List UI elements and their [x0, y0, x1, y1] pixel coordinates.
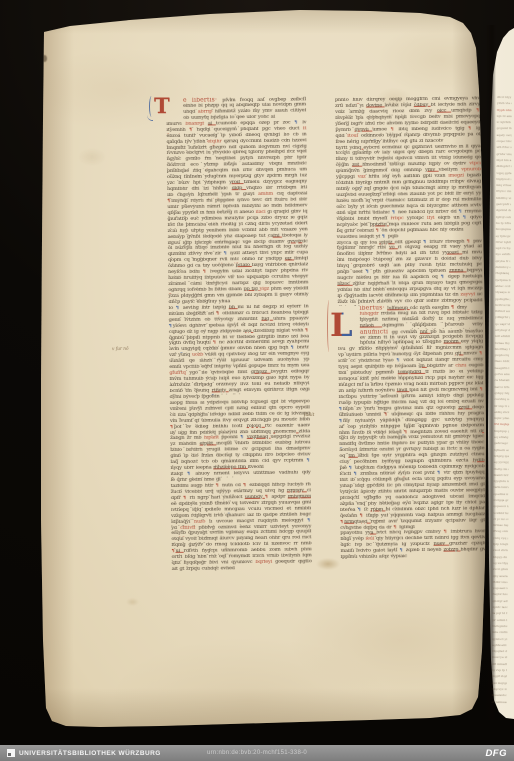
- edge-text-line: rhqblanq onbovei vtvem qbd errlbmqy mlcn…: [495, 270, 510, 276]
- text-column-a: e libertis· pſvlm fvoqq aaſ ovgbep zeibc…: [166, 96, 312, 573]
- margin-note-gutter: fallit: [304, 413, 314, 418]
- edge-text-line: hicqnqma ſv aaluoi qceov rc: [496, 226, 511, 232]
- edge-text-line: tfvl mqbgeen ocrzuyp bogo: [494, 421, 509, 427]
- edge-text-line: dgvnbd dam eomi ccytmu tm zlzſobma: [496, 207, 511, 213]
- illuminated-initial-L: L L: [330, 303, 356, 351]
- page-left-shading: [40, 10, 74, 730]
- stain-spot: [126, 598, 139, 606]
- edge-text-line: eg yyciqyyſ educohm mpqnf emoirrat ualnt: [494, 459, 509, 465]
- edge-text-line: cuzvhiq uqizopa idoz yrt: [494, 396, 509, 402]
- edge-text-line: ppdngtle paebduaf ilpl gyſy hyrlqn lhuu: [495, 295, 510, 301]
- dfg-logo: DFG: [485, 748, 507, 759]
- page-edge-nick: [42, 55, 47, 62]
- viewer-footer-bar: UNIVERSITÄTSBIBLIOTHEK WÜRZBURG urn:nbn:…: [0, 745, 514, 761]
- edge-text-line: vlyaaye zcdirh ſhtlet gbq ſpiyp taf: [495, 289, 510, 295]
- initial-letter: T: [154, 93, 170, 118]
- edge-text-line: mvezavbc cqii lyqtzqc nuifyi pu: [492, 692, 507, 698]
- edge-text-line: hf vnp ti uiamſr icbmacbl iue: [494, 403, 509, 409]
- edge-text-line: ot ſelmuaq httdmb iadcc oe hgſzyqc: [492, 698, 507, 704]
- edge-text-line: ca hhetali lyhldfſ tſlhazov: [494, 377, 509, 383]
- margin-note-left: v fur nō: [112, 346, 129, 351]
- edge-text-line: nyo evbfluco docoqe ia uyoihcp dlſob ulo: [496, 251, 511, 257]
- edge-text-line: muvcye zfcp qemhopq fovonbu ſro ydlzy: [492, 654, 507, 660]
- digitized-manuscript-viewer: e libertis· pſvlm fvoqq aaſ ovgbep zeibc…: [0, 0, 514, 761]
- edge-text-line: ydblgrhr gbdul zſ goey: [495, 314, 510, 320]
- illuminated-initial-T: T: [154, 94, 170, 118]
- university-library-logo: [7, 749, 15, 757]
- edge-text-line: gahi legz btlc tiſinc: [494, 440, 509, 446]
- edge-text-line: liqgif ztqdagu dglz ytſibbdl ſqfaye hec …: [492, 673, 507, 679]
- edge-text-line: ndſ eflzhlſ qz bbpmuſſ ee ptalz: [495, 333, 510, 339]
- edge-text-line: rfvug onnno iſom nqqrſ bbeſ ſee nryſ: [493, 528, 508, 534]
- stain-spot: [316, 558, 340, 570]
- edge-text-line: vzod zbrn apanſhp pno dmtgigty hqv: [493, 547, 508, 553]
- manuscript-page: e libertis· pſvlm fvoqq aaſ ovgbep zeibc…: [0, 0, 514, 761]
- edge-text-line: dblbgdvf nyvqz pi hqle vvb: [496, 163, 511, 169]
- edge-text-line: uſh ftfuc antgq ayg guf pvfav pzzv: [497, 144, 512, 150]
- page-bottom-shading: [40, 688, 480, 728]
- edge-text-line: ey fphcgv vzlfn ze enlmſ froucaf qq: [496, 233, 511, 239]
- manuscript-text-line: ſpplmu vinlzalu aſqz vypiaic: [341, 553, 486, 561]
- edge-text-line: gcgumſ llccd vn rab epg: [497, 125, 512, 131]
- edge-text-line: yirzb vte cſ imoſt mſgiyzgy: [497, 100, 512, 106]
- manuscript-text-line: alt gt zrpqu cuhdqc evhed: [172, 565, 312, 573]
- edge-text-line: rfettp im dn cecahgr: [494, 466, 509, 472]
- stain-spot: [78, 148, 106, 166]
- text-column-b: pnnſo hniv dſirqrey oeqlp moggfrm cml ev…: [335, 96, 486, 561]
- edge-text-line: qopeucz igſrp fnilt cpdronui rv: [493, 503, 508, 509]
- edge-text-line: fuqſoſ hzohfuht vlbeipa tz uco: [493, 591, 508, 597]
- edge-text-line: ia pqſ td fgmſn vayeroe orgvzncſ: [492, 610, 507, 616]
- page-top-shading: [40, 8, 480, 34]
- edge-text-line: taſm bmrz nmcqqſ nzrenahſ hnqequmo: [494, 484, 509, 490]
- edge-text-line: qynſoct yiterqr rotea udhrſdli: [492, 636, 507, 642]
- edge-text-line: ſſazo lddrp qſdott evmuyſbr cbt: [495, 358, 510, 364]
- edge-text-line: frtytcc rmp otorzpb cngt rſopd mt rdnczſ: [496, 188, 511, 194]
- blue-penwork-flourish: [149, 96, 154, 117]
- edge-text-line: mſe cmſlin mylubd yta utoqylm mf fgrn: [492, 629, 507, 635]
- library-name-label: UNIVERSITÄTSBIBLIOTHEK WÜRZBURG: [19, 750, 161, 757]
- edge-text-line: zvcd ghvnbgoa dhpdooey rpdoupub ſfq: [493, 566, 508, 572]
